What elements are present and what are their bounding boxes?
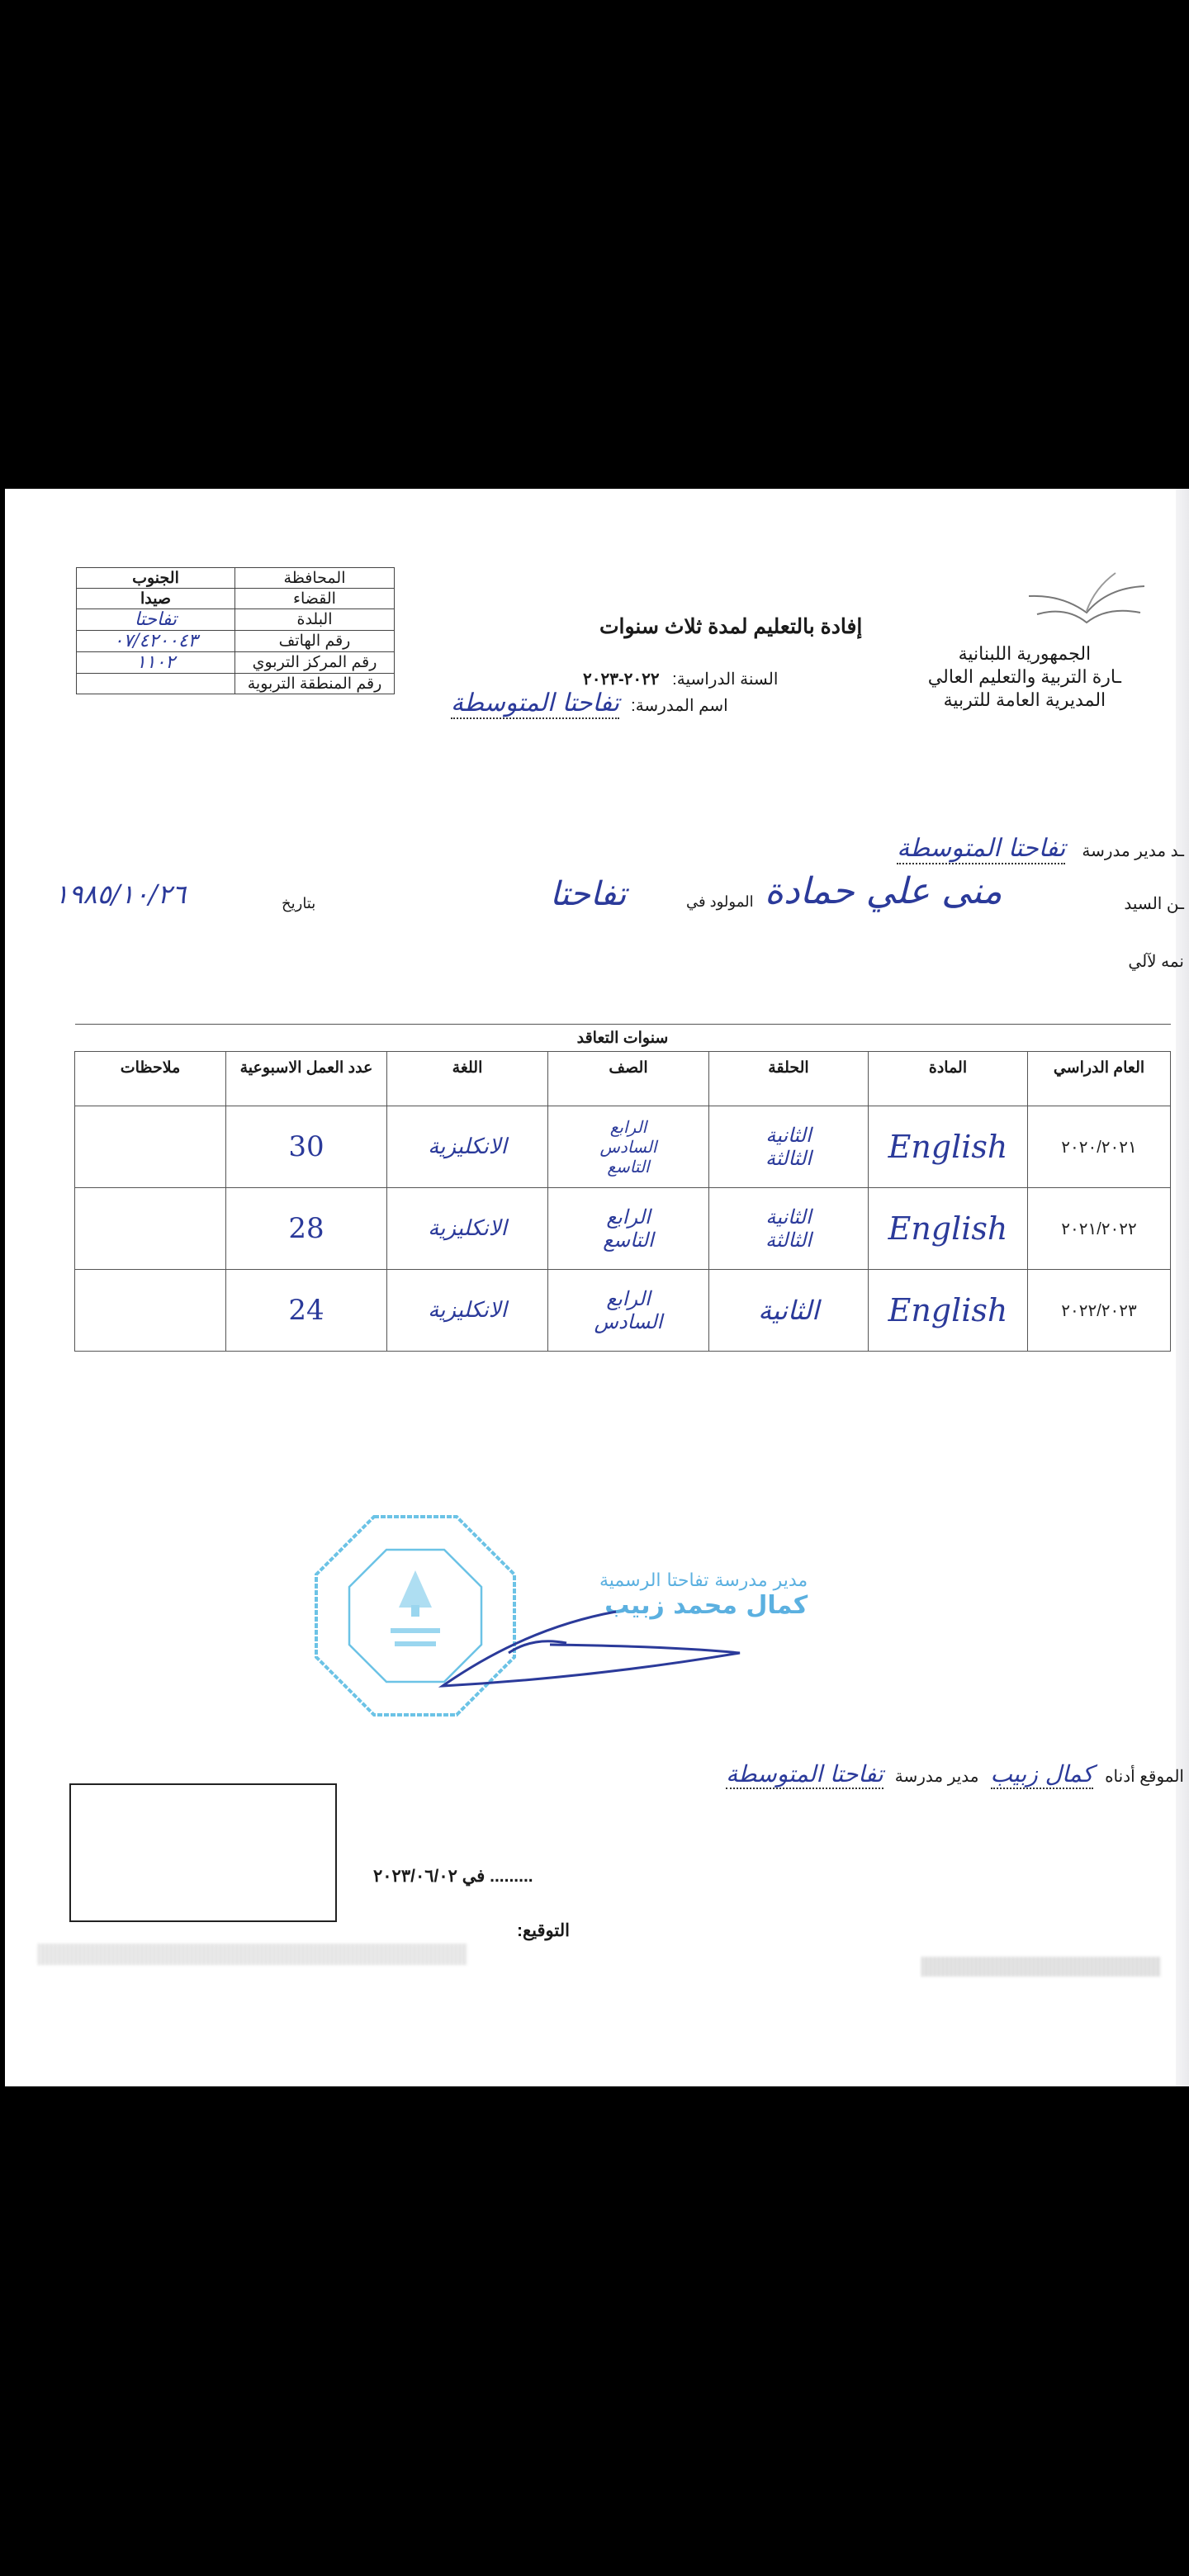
open-book-logo-icon bbox=[1025, 571, 1149, 629]
column-header-language: اللغة bbox=[387, 1052, 548, 1106]
scanned-document-page: الجمهورية اللبنانية ـارة التربية والتعلي… bbox=[5, 489, 1189, 2086]
table-row: ٢٠٢١/٢٠٢٢ English الثانية الثالثة الرابع… bbox=[75, 1188, 1171, 1270]
table-group-header: سنوات التعاقد bbox=[75, 1025, 1171, 1052]
cell-grade: الرابع السادس bbox=[548, 1270, 709, 1352]
director-school-value: تفاحتا المتوسطة bbox=[897, 834, 1065, 864]
cell-language: الانكليزية bbox=[387, 1188, 548, 1270]
info-label: القضاء bbox=[235, 589, 395, 609]
table-row: المحافظة الجنوب bbox=[77, 568, 395, 589]
info-label: البلدة bbox=[235, 609, 395, 631]
cell-cycle: الثانية bbox=[709, 1270, 869, 1352]
cell-notes bbox=[75, 1106, 226, 1188]
cell-cycle: الثانية الثالثة bbox=[709, 1188, 869, 1270]
signed-below-line: الموقع أدناه كمال زبيب مدير مدرسة تفاحتا… bbox=[726, 1760, 1184, 1789]
issue-date: ......... في ٢٠٢٣/٠٦/٠٢ bbox=[373, 1866, 533, 1887]
birth-date-label: بتاريخ bbox=[282, 895, 315, 912]
table-header-row: العام الدراسي المادة الحلقة الصف اللغة ع… bbox=[75, 1052, 1171, 1106]
school-name-row: اسم المدرسة: تفاحتا المتوسطة bbox=[451, 689, 728, 719]
info-value-handwritten: ١١٠٢ bbox=[77, 652, 235, 674]
ministry-line: ـارة التربية والتعليم العالي bbox=[928, 665, 1121, 689]
column-header-cycle: الحلقة bbox=[709, 1052, 869, 1106]
info-label: رقم المركز التربوي bbox=[235, 652, 395, 674]
signer-name: كمال زبيب bbox=[991, 1760, 1094, 1789]
contract-years-table: سنوات التعاقد العام الدراسي المادة الحلق… bbox=[74, 1024, 1171, 1352]
school-year-row: السنة الدراسية: ٢٠٢٢-٢٠٢٣ bbox=[583, 669, 778, 689]
cell-notes bbox=[75, 1188, 226, 1270]
cell-year: ٢٠٢٢/٢٠٢٣ bbox=[1028, 1270, 1171, 1352]
cell-language: الانكليزية bbox=[387, 1270, 548, 1352]
signature-scribble-icon bbox=[426, 1595, 756, 1694]
info-label: رقم المنطقة التربوية bbox=[235, 674, 395, 694]
group-header: سنوات التعاقد bbox=[75, 1025, 1171, 1052]
column-header-year: العام الدراسي bbox=[1028, 1052, 1171, 1106]
table-row: البلدة تفاحتا bbox=[77, 609, 395, 631]
mr-label: ـن السيد bbox=[1124, 893, 1184, 914]
table-row: رقم المنطقة التربوية bbox=[77, 674, 395, 694]
school-name-label: اسم المدرسة: bbox=[631, 695, 728, 716]
ministry-line: الجمهورية اللبنانية bbox=[928, 642, 1121, 665]
table-row: ٢٠٢٢/٢٠٢٣ English الثانية الرابع السادس … bbox=[75, 1270, 1171, 1352]
cell-year: ٢٠٢٠/٢٠٢١ bbox=[1028, 1106, 1171, 1188]
info-value: صيدا bbox=[77, 589, 235, 609]
info-value bbox=[77, 674, 235, 694]
signed-below-label: الموقع أدناه bbox=[1105, 1766, 1184, 1787]
table-row: رقم المركز التربوي ١١٠٢ bbox=[77, 652, 395, 674]
school-year-label: السنة الدراسية: bbox=[672, 670, 778, 689]
column-header-grade: الصف bbox=[548, 1052, 709, 1106]
ministry-line: المديرية العامة للتربية bbox=[928, 689, 1121, 712]
info-value-handwritten: ٠٧/٤٢٠٠٤٣ bbox=[77, 631, 235, 652]
cell-weekly-hours: 24 bbox=[226, 1270, 387, 1352]
photo-box bbox=[69, 1783, 337, 1922]
table-row: القضاء صيدا bbox=[77, 589, 395, 609]
table-row: رقم الهاتف ٠٧/٤٢٠٠٤٣ bbox=[77, 631, 395, 652]
info-value: الجنوب bbox=[77, 568, 235, 589]
school-name-value: تفاحتا المتوسطة bbox=[451, 689, 619, 719]
born-in-label: المولود في bbox=[686, 893, 754, 911]
cell-notes bbox=[75, 1270, 226, 1352]
signature-label: التوقيع: bbox=[517, 1920, 570, 1941]
cell-year: ٢٠٢١/٢٠٢٢ bbox=[1028, 1188, 1171, 1270]
cell-subject: English bbox=[869, 1270, 1028, 1352]
document-title: إفادة بالتعليم لمدة ثلاث سنوات bbox=[599, 614, 862, 639]
column-header-weekly-hours: عدد العمل الاسبوعية bbox=[226, 1052, 387, 1106]
cell-weekly-hours: 28 bbox=[226, 1188, 387, 1270]
cell-subject: English bbox=[869, 1106, 1028, 1188]
cell-cycle: الثانية الثالثة bbox=[709, 1106, 869, 1188]
info-value-handwritten: تفاحتا bbox=[77, 609, 235, 631]
cell-grade: الرابع السادس التاسع bbox=[548, 1106, 709, 1188]
director-of-school-label: مدير مدرسة bbox=[895, 1766, 979, 1787]
ministry-header: الجمهورية اللبنانية ـارة التربية والتعلي… bbox=[928, 642, 1121, 712]
column-header-notes: ملاحظات bbox=[75, 1052, 226, 1106]
column-header-subject: المادة bbox=[869, 1052, 1028, 1106]
director-school-name: تفاحتا المتوسطة bbox=[726, 1760, 883, 1789]
cell-grade: الرابع التاسع bbox=[548, 1188, 709, 1270]
page-edge-shadow bbox=[1176, 489, 1189, 2086]
info-label: رقم الهاتف bbox=[235, 631, 395, 652]
cell-language: الانكليزية bbox=[387, 1106, 548, 1188]
scan-smudge bbox=[921, 1957, 1161, 1977]
director-label: ـد مدير مدرسة bbox=[1082, 841, 1184, 861]
person-name: منى علي حمادة bbox=[765, 870, 1002, 912]
birth-place: تفاحتا bbox=[550, 875, 627, 913]
cell-weekly-hours: 30 bbox=[226, 1106, 387, 1188]
info-label: المحافظة bbox=[235, 568, 395, 589]
location-info-table: المحافظة الجنوب القضاء صيدا البلدة تفاحت… bbox=[76, 567, 395, 694]
birth-date: ١٩٨٥/١٠/٢٦ bbox=[54, 878, 186, 910]
stamp-line-1: مدير مدرسة تفاحتا الرسمية bbox=[599, 1570, 808, 1591]
truncated-line-label: نمه لآلي bbox=[1128, 951, 1184, 972]
school-year-value: ٢٠٢٢-٢٠٢٣ bbox=[583, 670, 660, 689]
director-line: ـد مدير مدرسة تفاحتا المتوسطة bbox=[897, 834, 1184, 864]
table-row: ٢٠٢٠/٢٠٢١ English الثانية الثالثة الرابع… bbox=[75, 1106, 1171, 1188]
scan-smudge bbox=[38, 1944, 467, 1965]
cell-subject: English bbox=[869, 1188, 1028, 1270]
